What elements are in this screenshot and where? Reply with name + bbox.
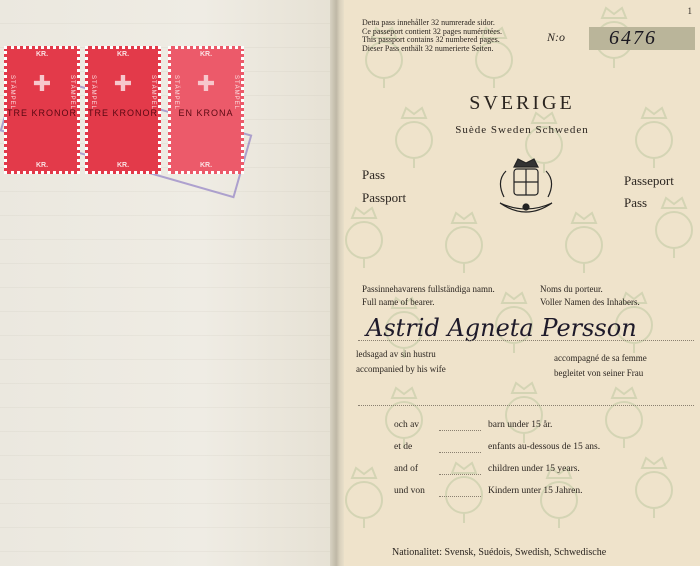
watermark-crowns xyxy=(344,0,700,566)
passport-number: 6476 xyxy=(609,27,657,50)
children-suffix: enfants au-dessous de 15 ans. xyxy=(488,442,600,452)
cross-icon: ✚ xyxy=(197,71,215,97)
children-suffix: barn under 15 år. xyxy=(488,420,552,430)
nationality: Nationalitet: Svensk, Suédois, Swedish, … xyxy=(392,547,606,558)
right-page: 1 Detta pass innehåller 32 numrerade sid… xyxy=(344,0,700,566)
revenue-stamp-1: KR. ✚ STÄMPEL STÄMPEL TRE KRONOR KR. xyxy=(4,46,80,174)
children-prefix: und von xyxy=(394,486,425,496)
left-page: KR. ✚ STÄMPEL STÄMPEL TRE KRONOR KR. KR.… xyxy=(0,0,336,566)
cross-icon: ✚ xyxy=(114,71,132,97)
page-number: 1 xyxy=(688,6,693,16)
number-box: 6476 xyxy=(589,27,695,50)
children-prefix: et de xyxy=(394,442,412,452)
accompanied-fr: accompagné de sa femme xyxy=(554,353,647,363)
page-notice: Detta pass innehåller 32 numrerade sidor… xyxy=(362,19,502,53)
number-label: N:o xyxy=(547,30,565,45)
accompanied-de: begleitet von seiner Frau xyxy=(554,368,643,378)
children-prefix: och av xyxy=(394,420,419,430)
bearer-label-de: Voller Namen des Inhabers. xyxy=(540,297,640,307)
book-spine xyxy=(330,0,344,566)
children-suffix: children under 15 years. xyxy=(488,464,580,474)
revenue-stamp-2: KR. ✚ STÄMPEL STÄMPEL TRE KRONOR KR. xyxy=(85,46,161,174)
country-translations: Suède Sweden Schweden xyxy=(344,124,700,136)
coat-of-arms-icon xyxy=(486,155,566,225)
bearer-label-fr: Noms du porteur. xyxy=(540,284,603,294)
children-prefix: and of xyxy=(394,464,418,474)
bearer-name-signature: Astrid Agneta Persson xyxy=(366,314,637,342)
bearer-label-sv: Passinnehavarens fullständiga namn. xyxy=(362,284,495,294)
country-title: SVERIGE xyxy=(344,92,700,115)
revenue-stamp-3: KR. ✚ STÄMPEL STÄMPEL EN KRONA KR. xyxy=(168,46,244,174)
cross-icon: ✚ xyxy=(33,71,51,97)
accompanied-sv: ledsagad av sin hustru xyxy=(356,349,436,359)
doc-label-en: Passport xyxy=(362,190,406,206)
doc-label-fr: Passeport xyxy=(624,173,674,189)
accompanied-en: accompanied by his wife xyxy=(356,364,446,374)
doc-label-sv: Pass xyxy=(362,167,385,183)
children-suffix: Kindern unter 15 Jahren. xyxy=(488,486,582,496)
doc-label-de: Pass xyxy=(624,195,647,211)
bearer-label-en: Full name of bearer. xyxy=(362,297,434,307)
